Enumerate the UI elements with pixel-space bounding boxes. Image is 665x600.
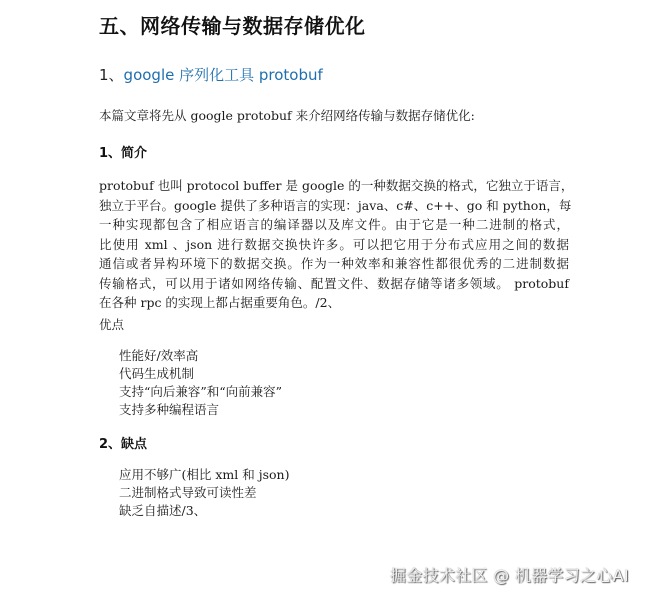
paragraph-line: 一种实现都包含了相应语言的编译器以及库文件。由于它是一种二进制的格式， (99, 215, 569, 235)
subsection-title: google 序列化工具 protobuf (124, 66, 323, 84)
intro-text: 本篇文章将先从 google protobuf 来介绍网络传输与数据存储优化: (99, 106, 475, 126)
list-item: 支持多种编程语言 (119, 401, 282, 419)
cons-heading: 2、缺点 (99, 433, 147, 452)
paragraph-line: protobuf 也叫 protocol buffer 是 google 的一种… (99, 176, 569, 196)
intro-paragraph: protobuf 也叫 protocol buffer 是 google 的一种… (99, 176, 569, 313)
section-title: 五、网络传输与数据存储优化 (99, 10, 366, 39)
paragraph-line: 在各种 rpc 的实现上都占据重要角色。/2、 (99, 293, 569, 313)
list-item: 支持“向后兼容”和“向前兼容” (119, 383, 282, 401)
pros-title: 优点 (99, 315, 124, 335)
paragraph-line: 比使用 xml 、json 进行数据交换快许多。可以把它用于分布式应用之间的数据 (99, 235, 569, 255)
cons-list: 应用不够广(相比 xml 和 json) 二进制格式导致可读性差 缺乏自描述/3… (119, 466, 289, 520)
list-item: 二进制格式导致可读性差 (119, 484, 289, 502)
list-item: 性能好/效率高 (119, 347, 282, 365)
subsection-heading: 1、google 序列化工具 protobuf (99, 64, 323, 85)
list-item: 应用不够广(相比 xml 和 json) (119, 466, 289, 484)
paragraph-line: 传输格式，可以用于诸如网络传输、配置文件、数据存储等诸多领域。 protobuf (99, 274, 569, 294)
paragraph-line: 通信或者异构环境下的数据交换。作为一种效率和兼容性都很优秀的二进制数据 (99, 254, 569, 274)
watermark: 掘金技术社区 @ 机器学习之心AI (390, 563, 629, 586)
list-item: 代码生成机制 (119, 365, 282, 383)
intro-heading: 1、简介 (99, 142, 147, 161)
subsection-number: 1、 (99, 66, 124, 84)
list-item: 缺乏自描述/3、 (119, 502, 289, 520)
pros-list: 性能好/效率高 代码生成机制 支持“向后兼容”和“向前兼容” 支持多种编程语言 (119, 347, 282, 419)
paragraph-line: 独立于平台。google 提供了多种语言的实现：java、c#、c++、go 和… (99, 196, 569, 216)
